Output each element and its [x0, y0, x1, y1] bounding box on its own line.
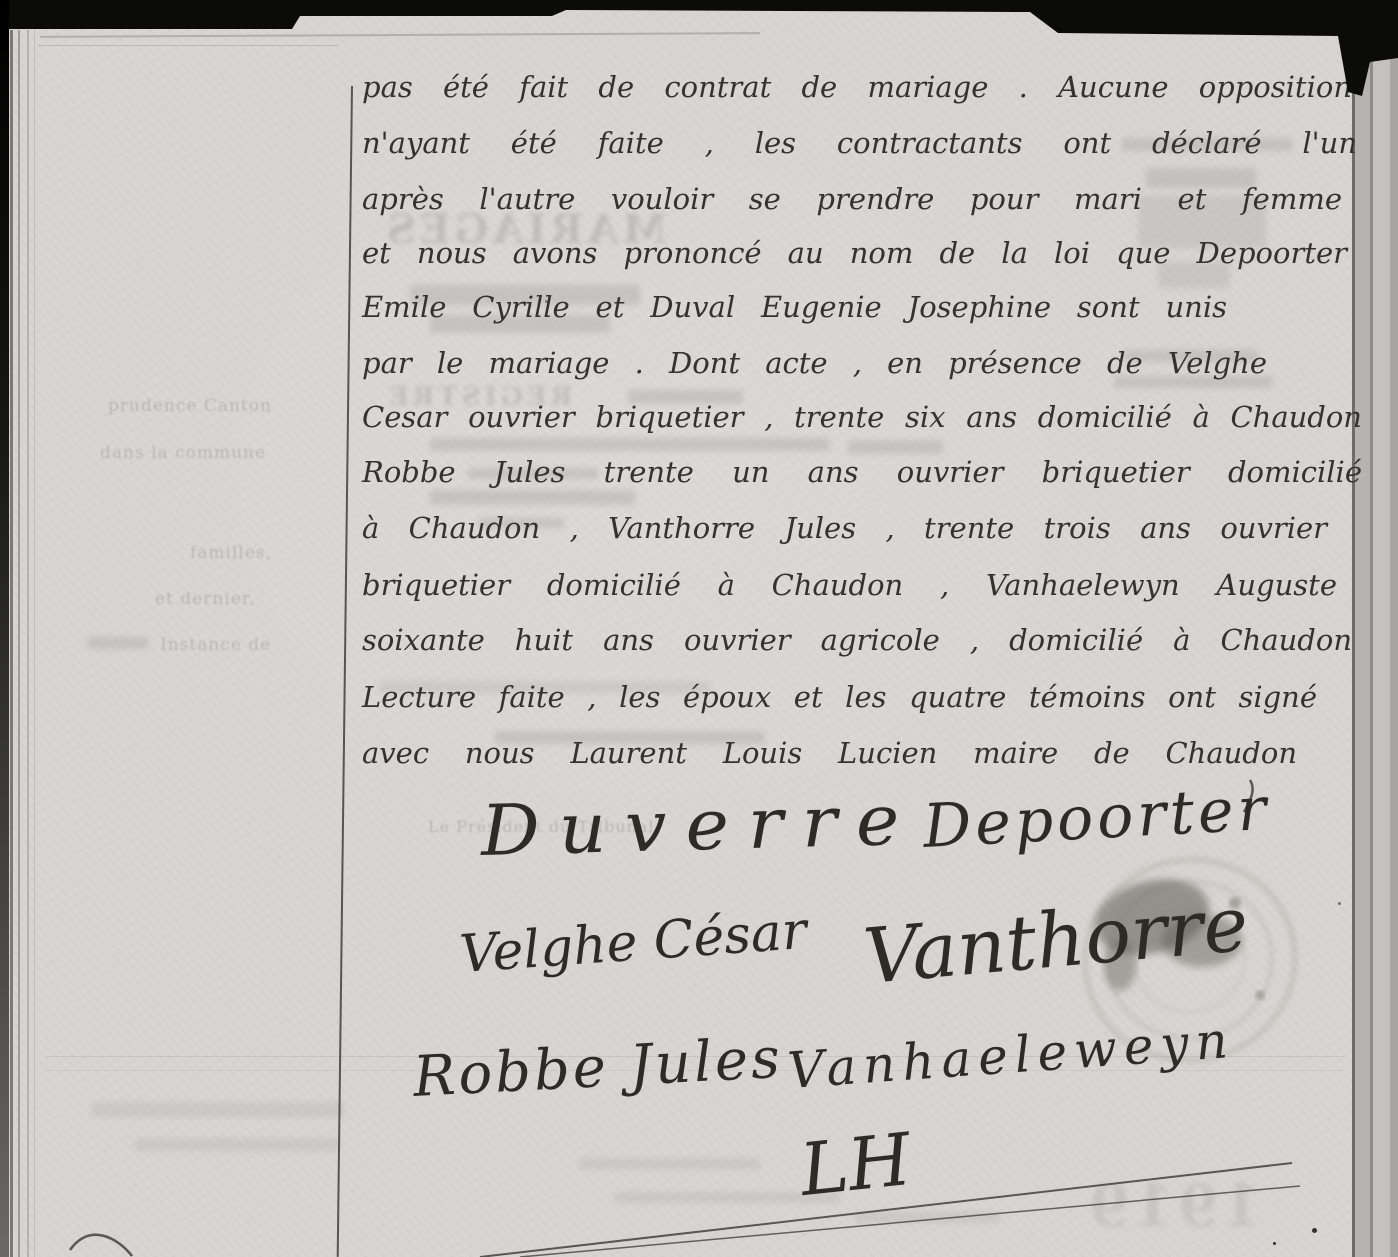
ink-speck [1338, 902, 1341, 905]
ink-speck [1273, 1242, 1276, 1245]
page-stack-edge [34, 30, 35, 1257]
register-page-scan: MARIAGES REGISTRE prudence Canton dans l… [0, 0, 1398, 1257]
page-stack-edge [27, 30, 29, 1257]
top-edge-shadow [0, 0, 1398, 100]
left-binding-shadow [0, 0, 9, 1257]
page-stack-edge [10, 30, 13, 1257]
page-top-edge [38, 45, 338, 46]
signature-bride: Duverre [480, 779, 919, 872]
ink-speck [1312, 1228, 1317, 1233]
ink-speck [545, 300, 548, 303]
signature-mayor-monogram: LH [796, 1117, 915, 1212]
page-stack-edge [18, 30, 20, 1257]
